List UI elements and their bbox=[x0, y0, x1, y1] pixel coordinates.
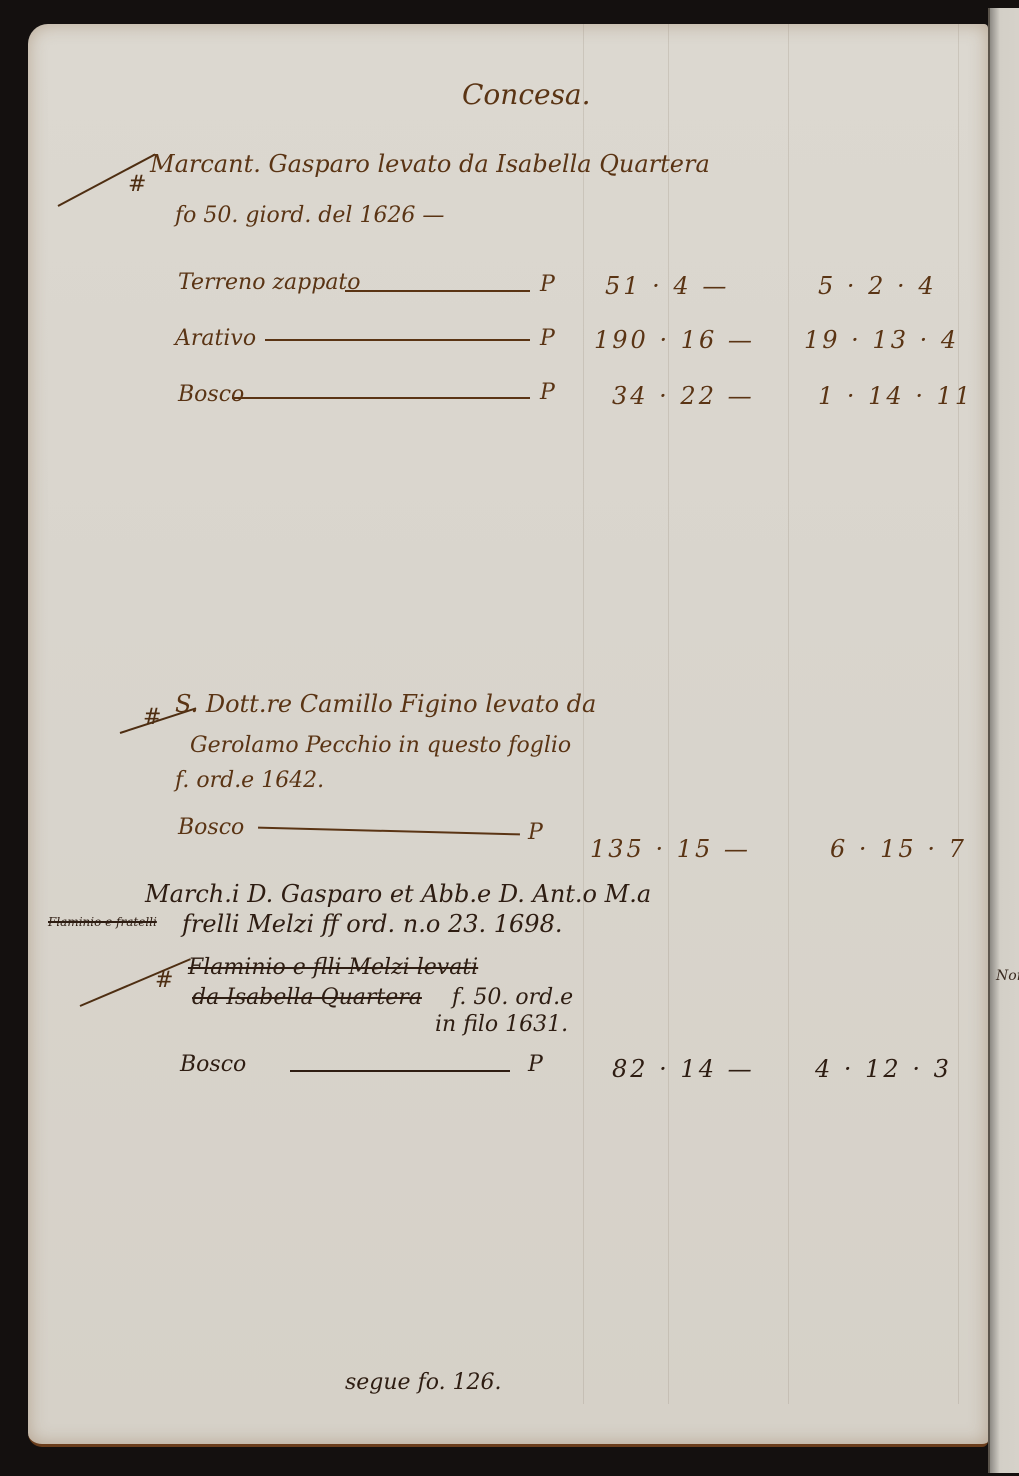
entry-1-row-2-symbol: P bbox=[540, 326, 555, 351]
entry-1-row-1-symbol: P bbox=[540, 272, 555, 297]
entry-3-title-line-4: in filo 1631. bbox=[435, 1012, 568, 1037]
faint-ruling bbox=[788, 24, 789, 1404]
entry-2-title: S. Dott.re Camillo Figino levato da bbox=[175, 690, 596, 718]
entry-3-row-1-value2: 4 · 12 · 3 bbox=[815, 1055, 952, 1083]
entry-3-struck-line-2: da Isabella Quartera bbox=[192, 985, 422, 1010]
entry-3-row-1-value1: 82 · 14 — bbox=[612, 1055, 755, 1083]
entry-3-struck-line-1: Flaminio e flli Melzi levati bbox=[188, 955, 478, 980]
entry-1-row-2-value1: 190 · 16 — bbox=[594, 326, 755, 354]
entry-2-row-1-value2: 6 · 15 · 7 bbox=[830, 835, 967, 863]
entry-1-row-3-value2: 1 · 14 · 11 bbox=[818, 382, 973, 410]
leader-line bbox=[232, 397, 530, 399]
hash-mark-icon: # bbox=[143, 705, 161, 730]
adjacent-page-edge: Nomi bbox=[988, 8, 1019, 1473]
entry-1-row-1-value2: 5 · 2 · 4 bbox=[818, 272, 937, 300]
entry-1-title: Marcant. Gasparo levato da Isabella Quar… bbox=[150, 150, 710, 178]
entry-1-row-2-label: Arativo bbox=[175, 326, 256, 351]
leader-line bbox=[265, 339, 530, 341]
entry-2-row-1-label: Bosco bbox=[178, 815, 244, 840]
adjacent-page-margin-note: Nomi bbox=[996, 968, 1019, 984]
leader-line bbox=[290, 1070, 510, 1072]
entry-1-row-3-symbol: P bbox=[540, 380, 555, 405]
entry-1-row-2-value2: 19 · 13 · 4 bbox=[804, 326, 959, 354]
entry-3-folio-ref: f. 50. ord.e bbox=[452, 985, 573, 1010]
catchword-footer: segue fo. 126. bbox=[345, 1370, 502, 1395]
leader-line bbox=[345, 290, 530, 292]
margin-note-struck: Flaminio e fratelli bbox=[48, 915, 157, 929]
entry-3-title: March.i D. Gasparo et Abb.e D. Ant.o M.a bbox=[145, 880, 651, 908]
entry-3-row-1-symbol: P bbox=[528, 1052, 543, 1077]
entry-1-row-3-label: Bosco bbox=[178, 382, 244, 407]
faint-ruling bbox=[958, 24, 959, 1404]
entry-1-subtitle: fo 50. giord. del 1626 — bbox=[175, 203, 444, 228]
entry-1-row-1-value1: 51 · 4 — bbox=[605, 272, 729, 300]
hash-mark-icon: # bbox=[128, 172, 146, 197]
entry-2-title-line-2: Gerolamo Pecchio in questo foglio bbox=[190, 733, 571, 758]
entry-3-row-1-label: Bosco bbox=[180, 1052, 246, 1077]
entry-1-row-1-label: Terreno zappato bbox=[178, 270, 361, 295]
page-heading: Concesa. bbox=[462, 78, 591, 111]
hash-mark-icon: # bbox=[155, 968, 173, 993]
entry-2-row-1-symbol: P bbox=[528, 820, 543, 845]
faint-ruling bbox=[668, 24, 669, 1404]
entry-1-row-3-value1: 34 · 22 — bbox=[612, 382, 755, 410]
entry-3-title-line-2: frelli Melzi ff ord. n.o 23. 1698. bbox=[182, 910, 562, 938]
entry-2-row-1-value1: 135 · 15 — bbox=[590, 835, 751, 863]
entry-2-title-line-3: f. ord.e 1642. bbox=[175, 768, 324, 793]
